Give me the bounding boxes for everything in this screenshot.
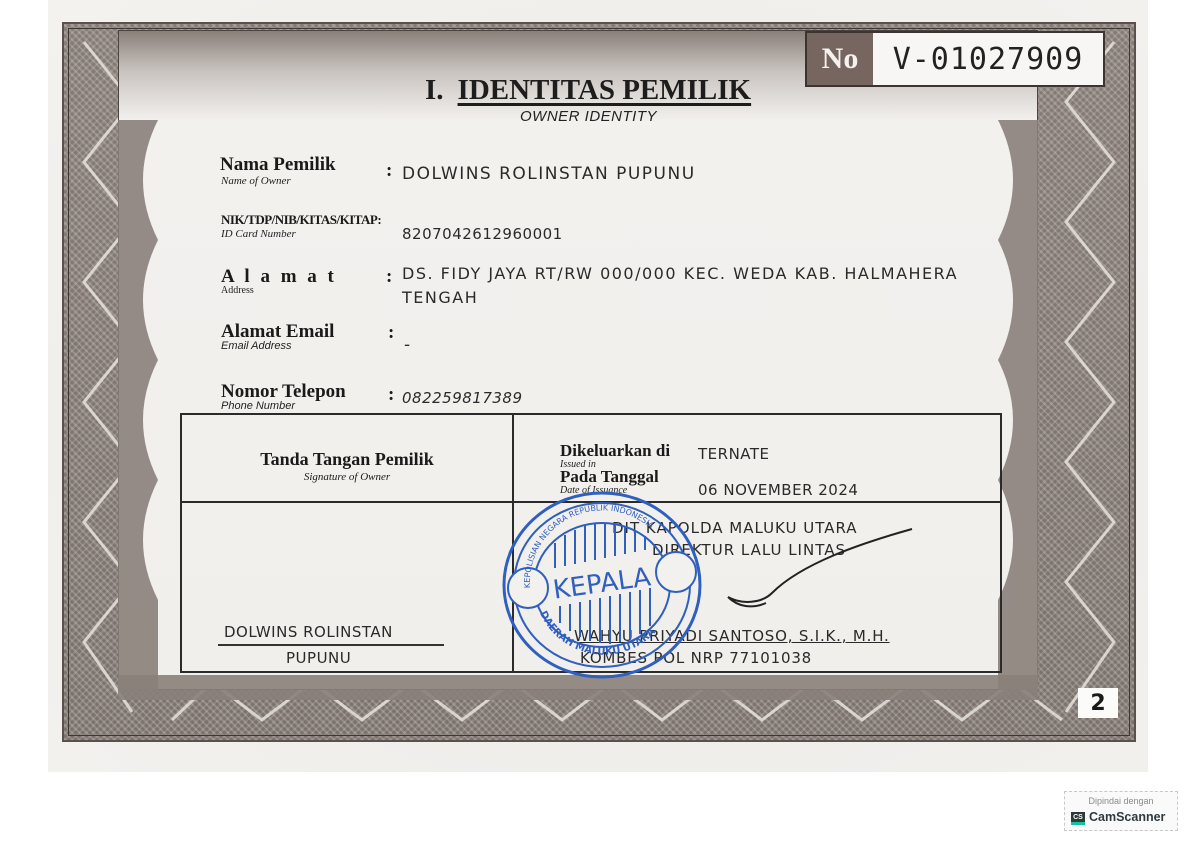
watermark-caption: Dipindai dengan [1065, 796, 1177, 806]
address-sublabel: Address [221, 285, 254, 296]
owner-name-line2: PUPUNU [286, 649, 351, 667]
owner-name-label: Nama Pemilik [220, 154, 336, 176]
issued-in-value: TERNATE [698, 445, 770, 463]
colon: : [386, 160, 392, 182]
issued-in-label: Dikeluarkan di [560, 441, 670, 461]
owner-name-sublabel: Name of Owner [221, 175, 291, 187]
watermark-brand: CamScanner [1089, 810, 1165, 824]
number-label: No [807, 33, 873, 85]
id-number-label: NIK/TDP/NIB/KITAS/KITAP: [221, 212, 381, 228]
page-number: 2 [1078, 688, 1118, 718]
colon: : [388, 384, 394, 406]
address-value-line1: DS. FIDY JAYA RT/RW 000/000 KEC. WEDA KA… [402, 264, 958, 283]
camscanner-watermark: Dipindai dengan CS CamScanner [1064, 791, 1178, 831]
phone-sublabel: Phone Number [221, 400, 295, 412]
id-number-sublabel: ID Card Number [221, 228, 296, 240]
section-title-text: IDENTITAS PEMILIK [458, 74, 752, 106]
phone-value: 082259817389 [402, 389, 523, 407]
official-signature [682, 523, 922, 613]
signature-line [218, 644, 444, 646]
date-label: Pada Tanggal [560, 467, 659, 487]
email-value: - [404, 335, 412, 355]
owner-signature-sublabel: Signature of Owner [182, 471, 512, 483]
owner-name-line1: DOLWINS ROLINSTAN [224, 623, 393, 641]
camscanner-logo-icon: CS [1071, 812, 1085, 825]
owner-signature-label: Tanda Tangan Pemilik [182, 449, 512, 470]
colon: : [386, 266, 392, 288]
document-number: V-01027909 [873, 33, 1103, 85]
section-number: I. [425, 74, 444, 106]
colon: : [388, 322, 394, 344]
id-number-value: 8207042612960001 [402, 225, 563, 243]
address-value-line2: TENGAH [402, 288, 478, 307]
document-number-box: No V-01027909 [805, 31, 1105, 87]
owner-name-value: DOLWINS ROLINSTAN PUPUNU [402, 164, 696, 184]
stamp-center-text: KEPALA [551, 562, 653, 605]
section-subtitle: OWNER IDENTITY [520, 108, 657, 125]
date-value: 06 NOVEMBER 2024 [698, 481, 858, 499]
email-sublabel: Email Address [221, 340, 292, 352]
official-stamp: KEPALA KEPOLISIAN NEGARA REPUBLIK INDONE… [500, 488, 705, 683]
section-title: I.IDENTITAS PEMILIK [425, 74, 751, 107]
